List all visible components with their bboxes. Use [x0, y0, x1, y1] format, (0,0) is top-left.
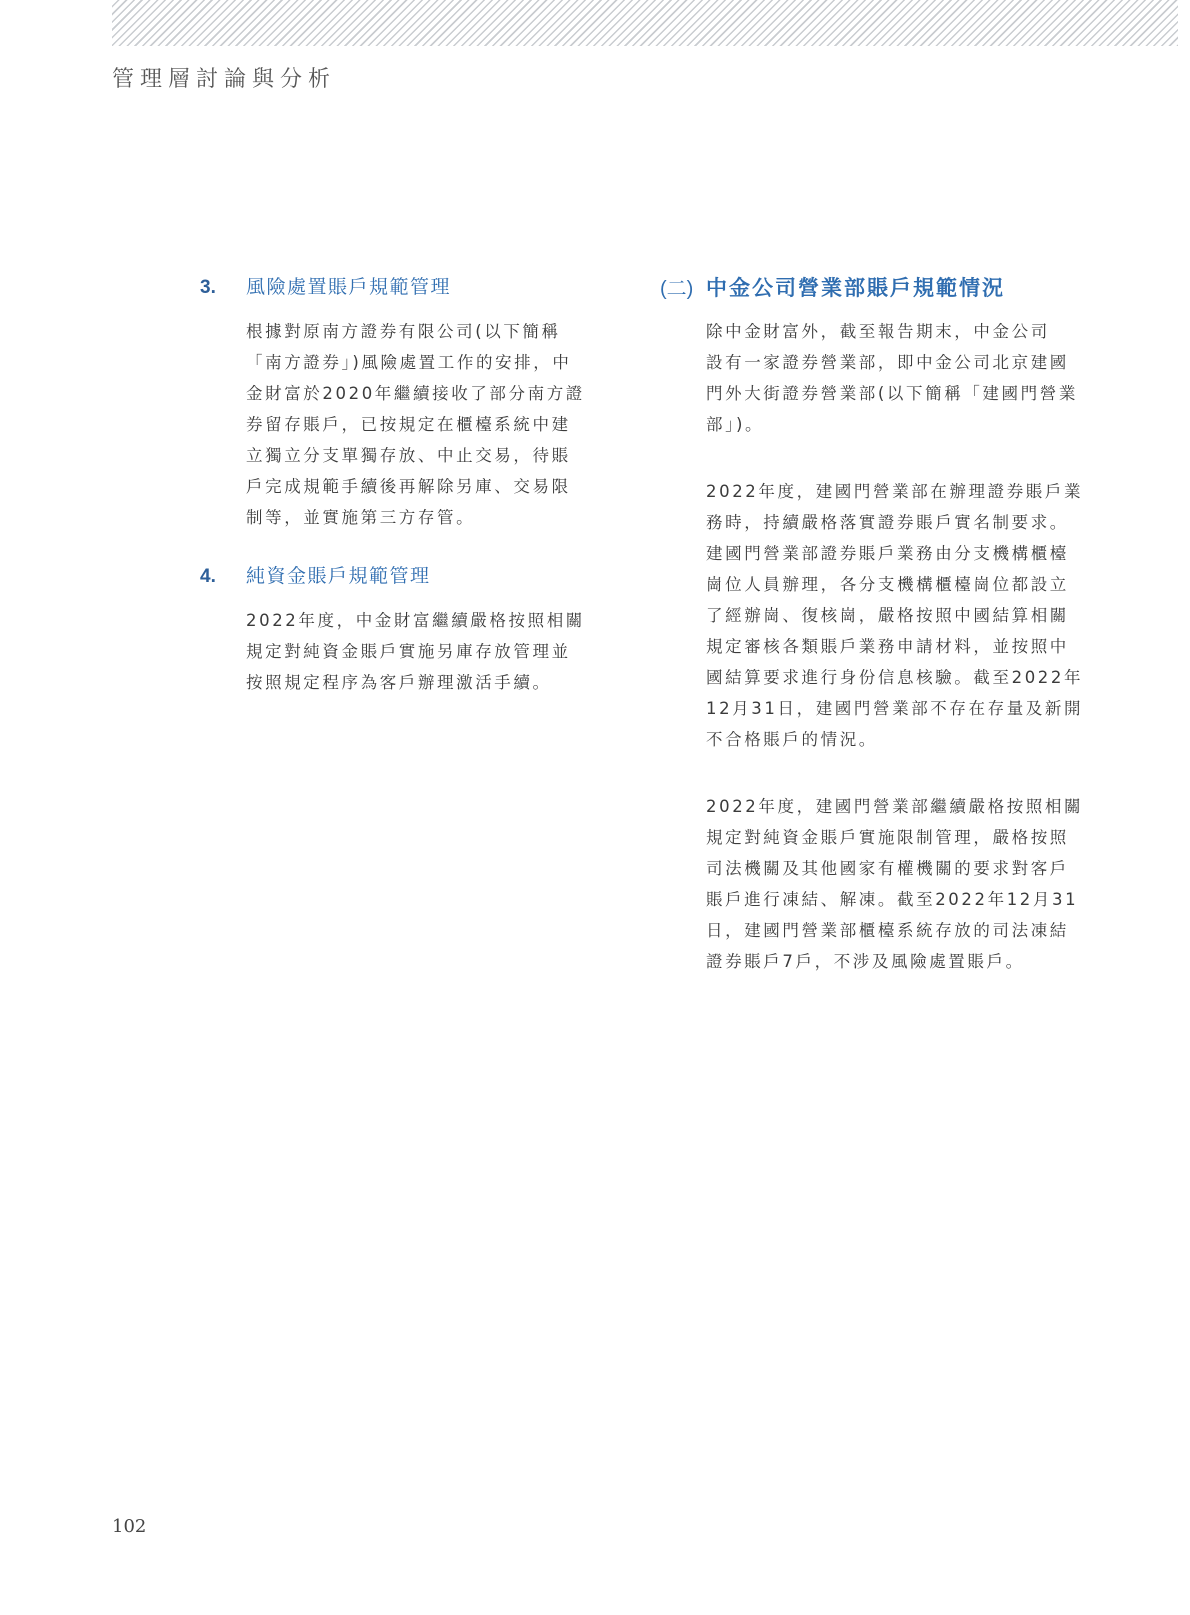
- running-header: 管理層討論與分析: [112, 62, 336, 93]
- decorative-hatch-banner: [112, 0, 1178, 46]
- text-line: 了經辦崗、復核崗，嚴格按照中國結算相關: [706, 600, 1100, 631]
- section-heading-3: 3. 風險處置賬戶規範管理: [200, 272, 600, 302]
- text-line: 設有一家證券營業部，即中金公司北京建國: [706, 347, 1100, 378]
- text-line: 戶完成規範手續後再解除另庫、交易限: [246, 471, 600, 502]
- left-column: 3. 風險處置賬戶規範管理 根據對原南方證券有限公司(以下簡稱 「南方證券」)風…: [200, 272, 600, 698]
- text-line: 崗位人員辦理，各分支機構櫃檯崗位都設立: [706, 569, 1100, 600]
- spacer: [200, 533, 600, 561]
- text-line: 規定審核各類賬戶業務申請材料，並按照中: [706, 631, 1100, 662]
- text-line: 券留存賬戶，已按規定在櫃檯系統中建: [246, 409, 600, 440]
- section-title: 風險處置賬戶規範管理: [246, 272, 451, 299]
- text-line: 按照規定程序為客戶辦理激活手續。: [246, 667, 600, 698]
- subsection-heading: (二) 中金公司營業部賬戶規範情況: [660, 272, 1100, 302]
- right-column: (二) 中金公司營業部賬戶規範情況 除中金財富外，截至報告期末，中金公司 設有一…: [660, 272, 1100, 977]
- text-line: 不合格賬戶的情況。: [706, 724, 1100, 755]
- text-line: 建國門營業部證券賬戶業務由分支機構櫃檯: [706, 538, 1100, 569]
- section-heading-4: 4. 純資金賬戶規範管理: [200, 561, 600, 591]
- text-line: 制等，並實施第三方存管。: [246, 502, 600, 533]
- text-line: 賬戶進行凍結、解凍。截至2022年12月31: [706, 884, 1100, 915]
- subsection-number: (二): [660, 272, 706, 301]
- text-line: 除中金財富外，截至報告期末，中金公司: [706, 316, 1100, 347]
- text-line: 「南方證券」)風險處置工作的安排，中: [246, 347, 600, 378]
- text-line: 門外大街證券營業部(以下簡稱「建國門營業: [706, 378, 1100, 409]
- text-line: 規定對純資金賬戶實施另庫存放管理並: [246, 636, 600, 667]
- text-line: 規定對純資金賬戶實施限制管理，嚴格按照: [706, 822, 1100, 853]
- section-number: 3.: [200, 277, 246, 299]
- text-line: 立獨立分支單獨存放、中止交易，待賬: [246, 440, 600, 471]
- subsection-title: 中金公司營業部賬戶規範情況: [706, 272, 1005, 302]
- text-line: 2022年度，中金財富繼續嚴格按照相關: [246, 605, 600, 636]
- paragraph-1: 除中金財富外，截至報告期末，中金公司 設有一家證券營業部，即中金公司北京建國 門…: [706, 316, 1100, 440]
- text-line: 根據對原南方證券有限公司(以下簡稱: [246, 316, 600, 347]
- text-line: 證券賬戶7戶，不涉及風險處置賬戶。: [706, 946, 1100, 977]
- text-line: 務時，持續嚴格落實證券賬戶實名制要求。: [706, 507, 1100, 538]
- text-line: 2022年度，建國門營業部繼續嚴格按照相關: [706, 791, 1100, 822]
- spacer: [660, 755, 1100, 777]
- text-line: 日，建國門營業部櫃檯系統存放的司法凍結: [706, 915, 1100, 946]
- paragraph-3: 2022年度，建國門營業部繼續嚴格按照相關 規定對純資金賬戶實施限制管理，嚴格按…: [706, 791, 1100, 977]
- section-number: 4.: [200, 566, 246, 588]
- text-line: 部」)。: [706, 409, 1100, 440]
- text-line: 2022年度，建國門營業部在辦理證券賬戶業: [706, 476, 1100, 507]
- spacer: [660, 440, 1100, 462]
- text-line: 12月31日，建國門營業部不存在存量及新開: [706, 693, 1100, 724]
- text-line: 國結算要求進行身份信息核驗。截至2022年: [706, 662, 1100, 693]
- paragraph-2: 2022年度，建國門營業部在辦理證券賬戶業 務時，持續嚴格落實證券賬戶實名制要求…: [706, 476, 1100, 755]
- section-title: 純資金賬戶規範管理: [246, 561, 431, 588]
- paragraph: 根據對原南方證券有限公司(以下簡稱 「南方證券」)風險處置工作的安排，中 金財富…: [246, 316, 600, 533]
- text-line: 司法機關及其他國家有權機關的要求對客戶: [706, 853, 1100, 884]
- text-line: 金財富於2020年繼續接收了部分南方證: [246, 378, 600, 409]
- paragraph: 2022年度，中金財富繼續嚴格按照相關 規定對純資金賬戶實施另庫存放管理並 按照…: [246, 605, 600, 698]
- page-number: 102: [112, 1516, 146, 1537]
